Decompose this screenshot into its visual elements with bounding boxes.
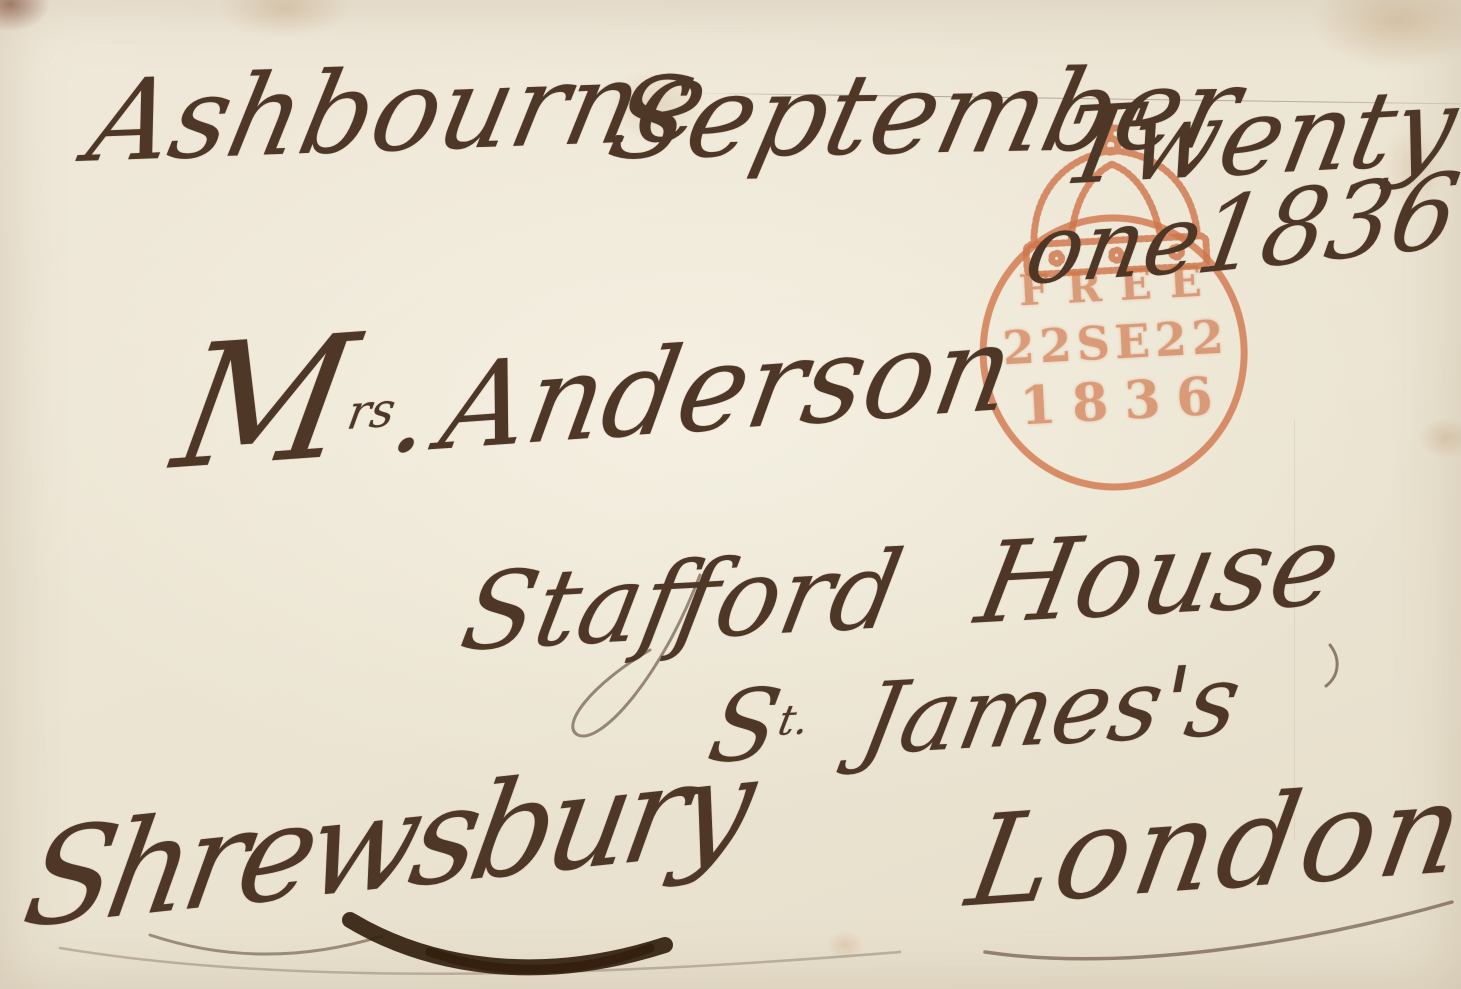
residence-word-1: Stafford [452,528,911,675]
recipient-line: Mrs.Anderson [162,251,1032,508]
signature-ink-blot [350,920,665,967]
dateline-day-word-2: one [1018,184,1210,307]
signature-ink-blot-core [430,948,650,969]
house-comma-flourish [1326,645,1337,686]
postmark-year: 1836 [1018,366,1230,439]
recipient-title: M [162,297,369,508]
envelope-front: FREE 22SE22 1836 Ashbourne September Twe… [0,0,1461,989]
district-name: James's [852,643,1250,778]
residence-word-2: House [967,501,1351,650]
recipient-surname: Anderson [432,298,1024,477]
ink-speck [650,945,654,949]
address-district-line: St.James's [700,643,1250,786]
bottom-sweep-flourish [60,948,900,974]
frank-signature: Shrewsbury [14,727,760,958]
address-city: London [958,755,1461,936]
ink-speck [633,948,637,952]
